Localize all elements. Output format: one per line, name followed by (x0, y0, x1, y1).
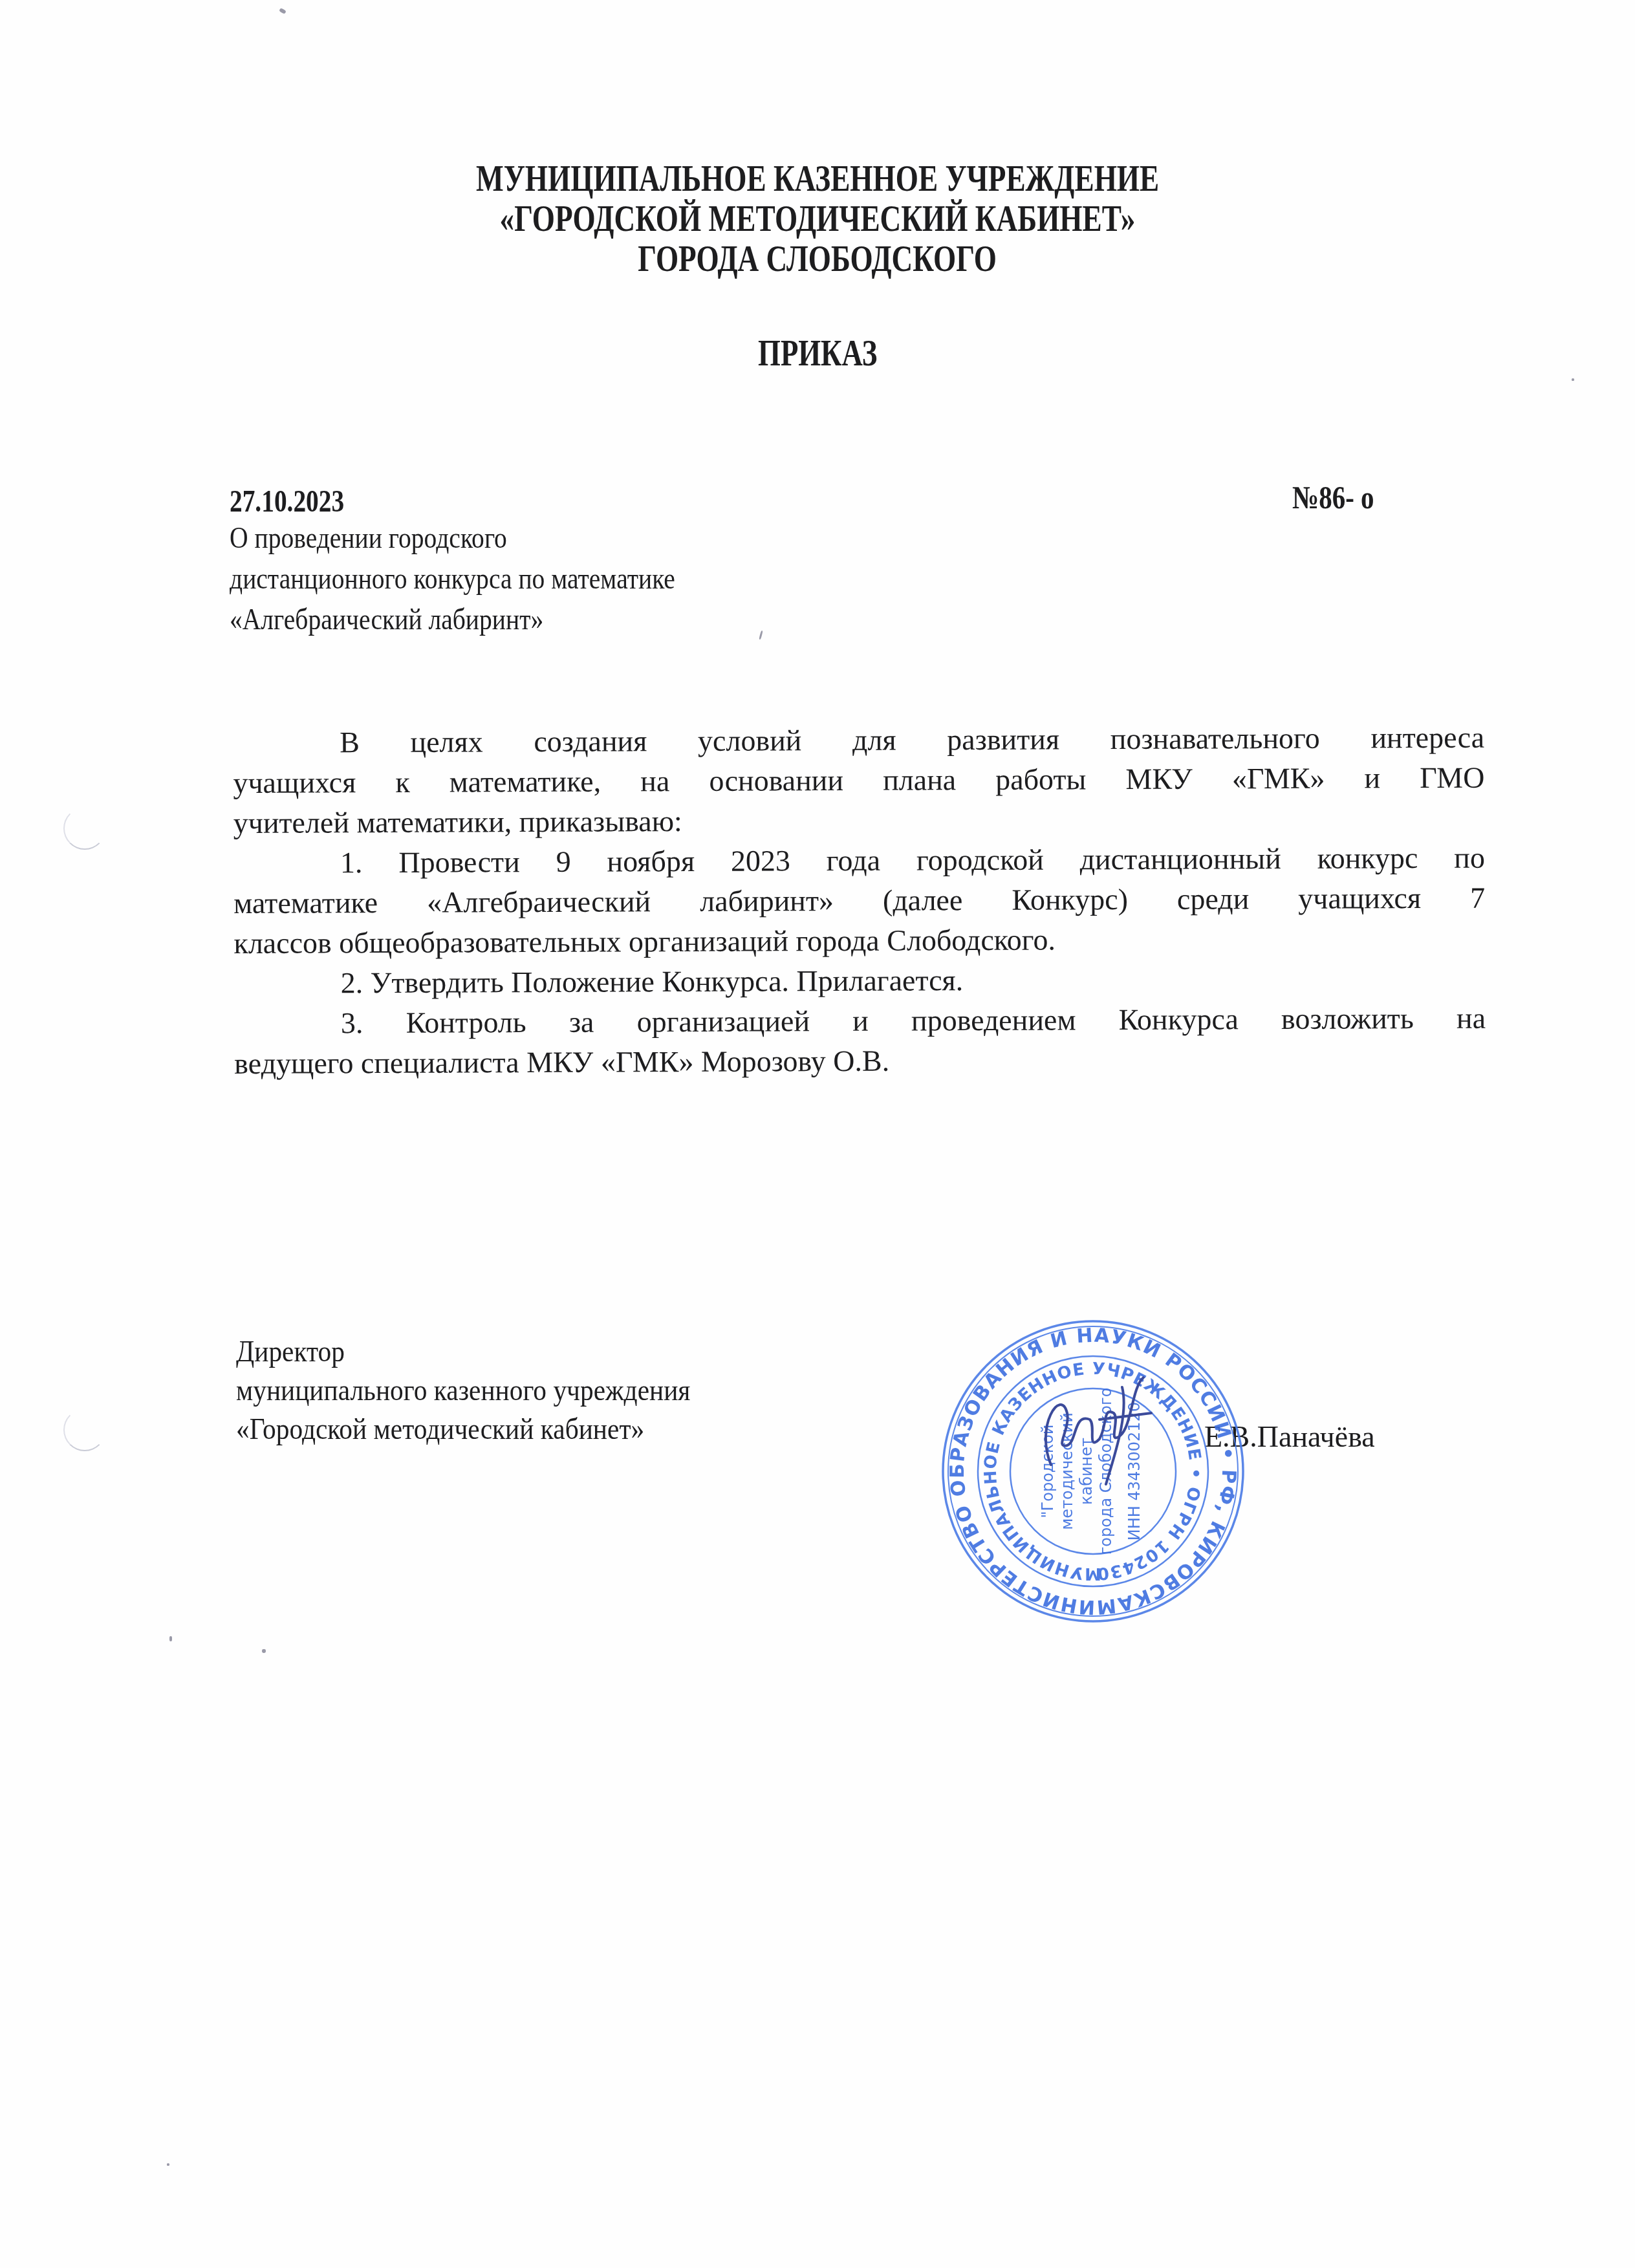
document-type-title: ПРИКАЗ (0, 333, 1635, 374)
scanned-page: МУНИЦИПАЛЬНОЕ КАЗЕННОЕ УЧРЕЖДЕНИЕ «ГОРОД… (0, 0, 1635, 2268)
order-body: В целях создания условий для развития по… (233, 718, 1486, 1084)
order-item-1-line: классов общеобразовательных организаций … (233, 918, 1485, 964)
position-line: «Городской методический кабинет» (236, 1410, 690, 1449)
order-item-1-line: математике «Алгебраический лабиринт» (да… (233, 878, 1485, 923)
order-item-1-line: 1. Провести 9 ноября 2023 года городской… (233, 838, 1485, 883)
preamble-line: учителей математики, приказываю: (233, 798, 1485, 843)
scan-speck (1572, 378, 1574, 381)
scan-speck (279, 8, 287, 14)
order-item-3-line: 3. Контроль за организацией и проведение… (234, 999, 1486, 1044)
org-name-text: ГОРОДА СЛОБОДСКОГО (638, 237, 997, 280)
order-item-2-line: 2. Утвердить Положение Конкурса. Прилага… (234, 958, 1486, 1004)
document-type-text: ПРИКАЗ (758, 333, 877, 374)
order-date: 27.10.2023 (230, 484, 369, 519)
position-line: Директор (236, 1332, 690, 1371)
scan-speck (169, 1636, 172, 1641)
order-item-3-line: ведущего специалиста МКУ «ГМК» Морозову … (234, 1039, 1486, 1084)
scan-speck (262, 1649, 266, 1653)
stamp-center-text: кабинет (1077, 1438, 1096, 1505)
order-date-text: 27.10.2023 (230, 484, 344, 519)
subject-line: «Алгебраический лабиринт» (230, 599, 675, 640)
stamp-center-text: "Городской (1039, 1425, 1057, 1518)
org-name-text: «ГОРОДСКОЙ МЕТОДИЧЕСКИЙ КАБИНЕТ» (500, 197, 1136, 240)
scan-speck (167, 2163, 169, 2166)
order-number-text: №86- о (1292, 479, 1374, 516)
signatory-position: Директор муниципального казенного учрежд… (236, 1332, 741, 1449)
order-subject: О проведении городского дистанционного к… (230, 517, 748, 640)
org-name-text: МУНИЦИПАЛЬНОЕ КАЗЕННОЕ УЧРЕЖДЕНИЕ (476, 157, 1159, 200)
org-name-line-3: ГОРОДА СЛОБОДСКОГО (0, 237, 1635, 280)
preamble-line: В целях создания условий для развития по… (233, 718, 1484, 763)
order-number: №86- о (1292, 479, 1392, 516)
org-name-line-2: «ГОРОДСКОЙ МЕТОДИЧЕСКИЙ КАБИНЕТ» (0, 197, 1635, 240)
official-stamp: МИНИСТЕРСТВО ОБРАЗОВАНИЯ И НАУКИ РОССИИ … (938, 1316, 1248, 1626)
punch-hole (63, 807, 106, 850)
position-line: муниципального казенного учреждения (236, 1371, 690, 1410)
punch-hole (63, 1409, 106, 1451)
org-name-line-1: МУНИЦИПАЛЬНОЕ КАЗЕННОЕ УЧРЕЖДЕНИЕ (0, 157, 1635, 200)
subject-line: дистанционного конкурса по математике (230, 558, 675, 599)
scan-speck (759, 631, 763, 640)
stamp-center-text: методический (1058, 1412, 1076, 1530)
subject-line: О проведении городского (230, 517, 675, 558)
preamble-line: учащихся к математике, на основании план… (233, 758, 1484, 803)
